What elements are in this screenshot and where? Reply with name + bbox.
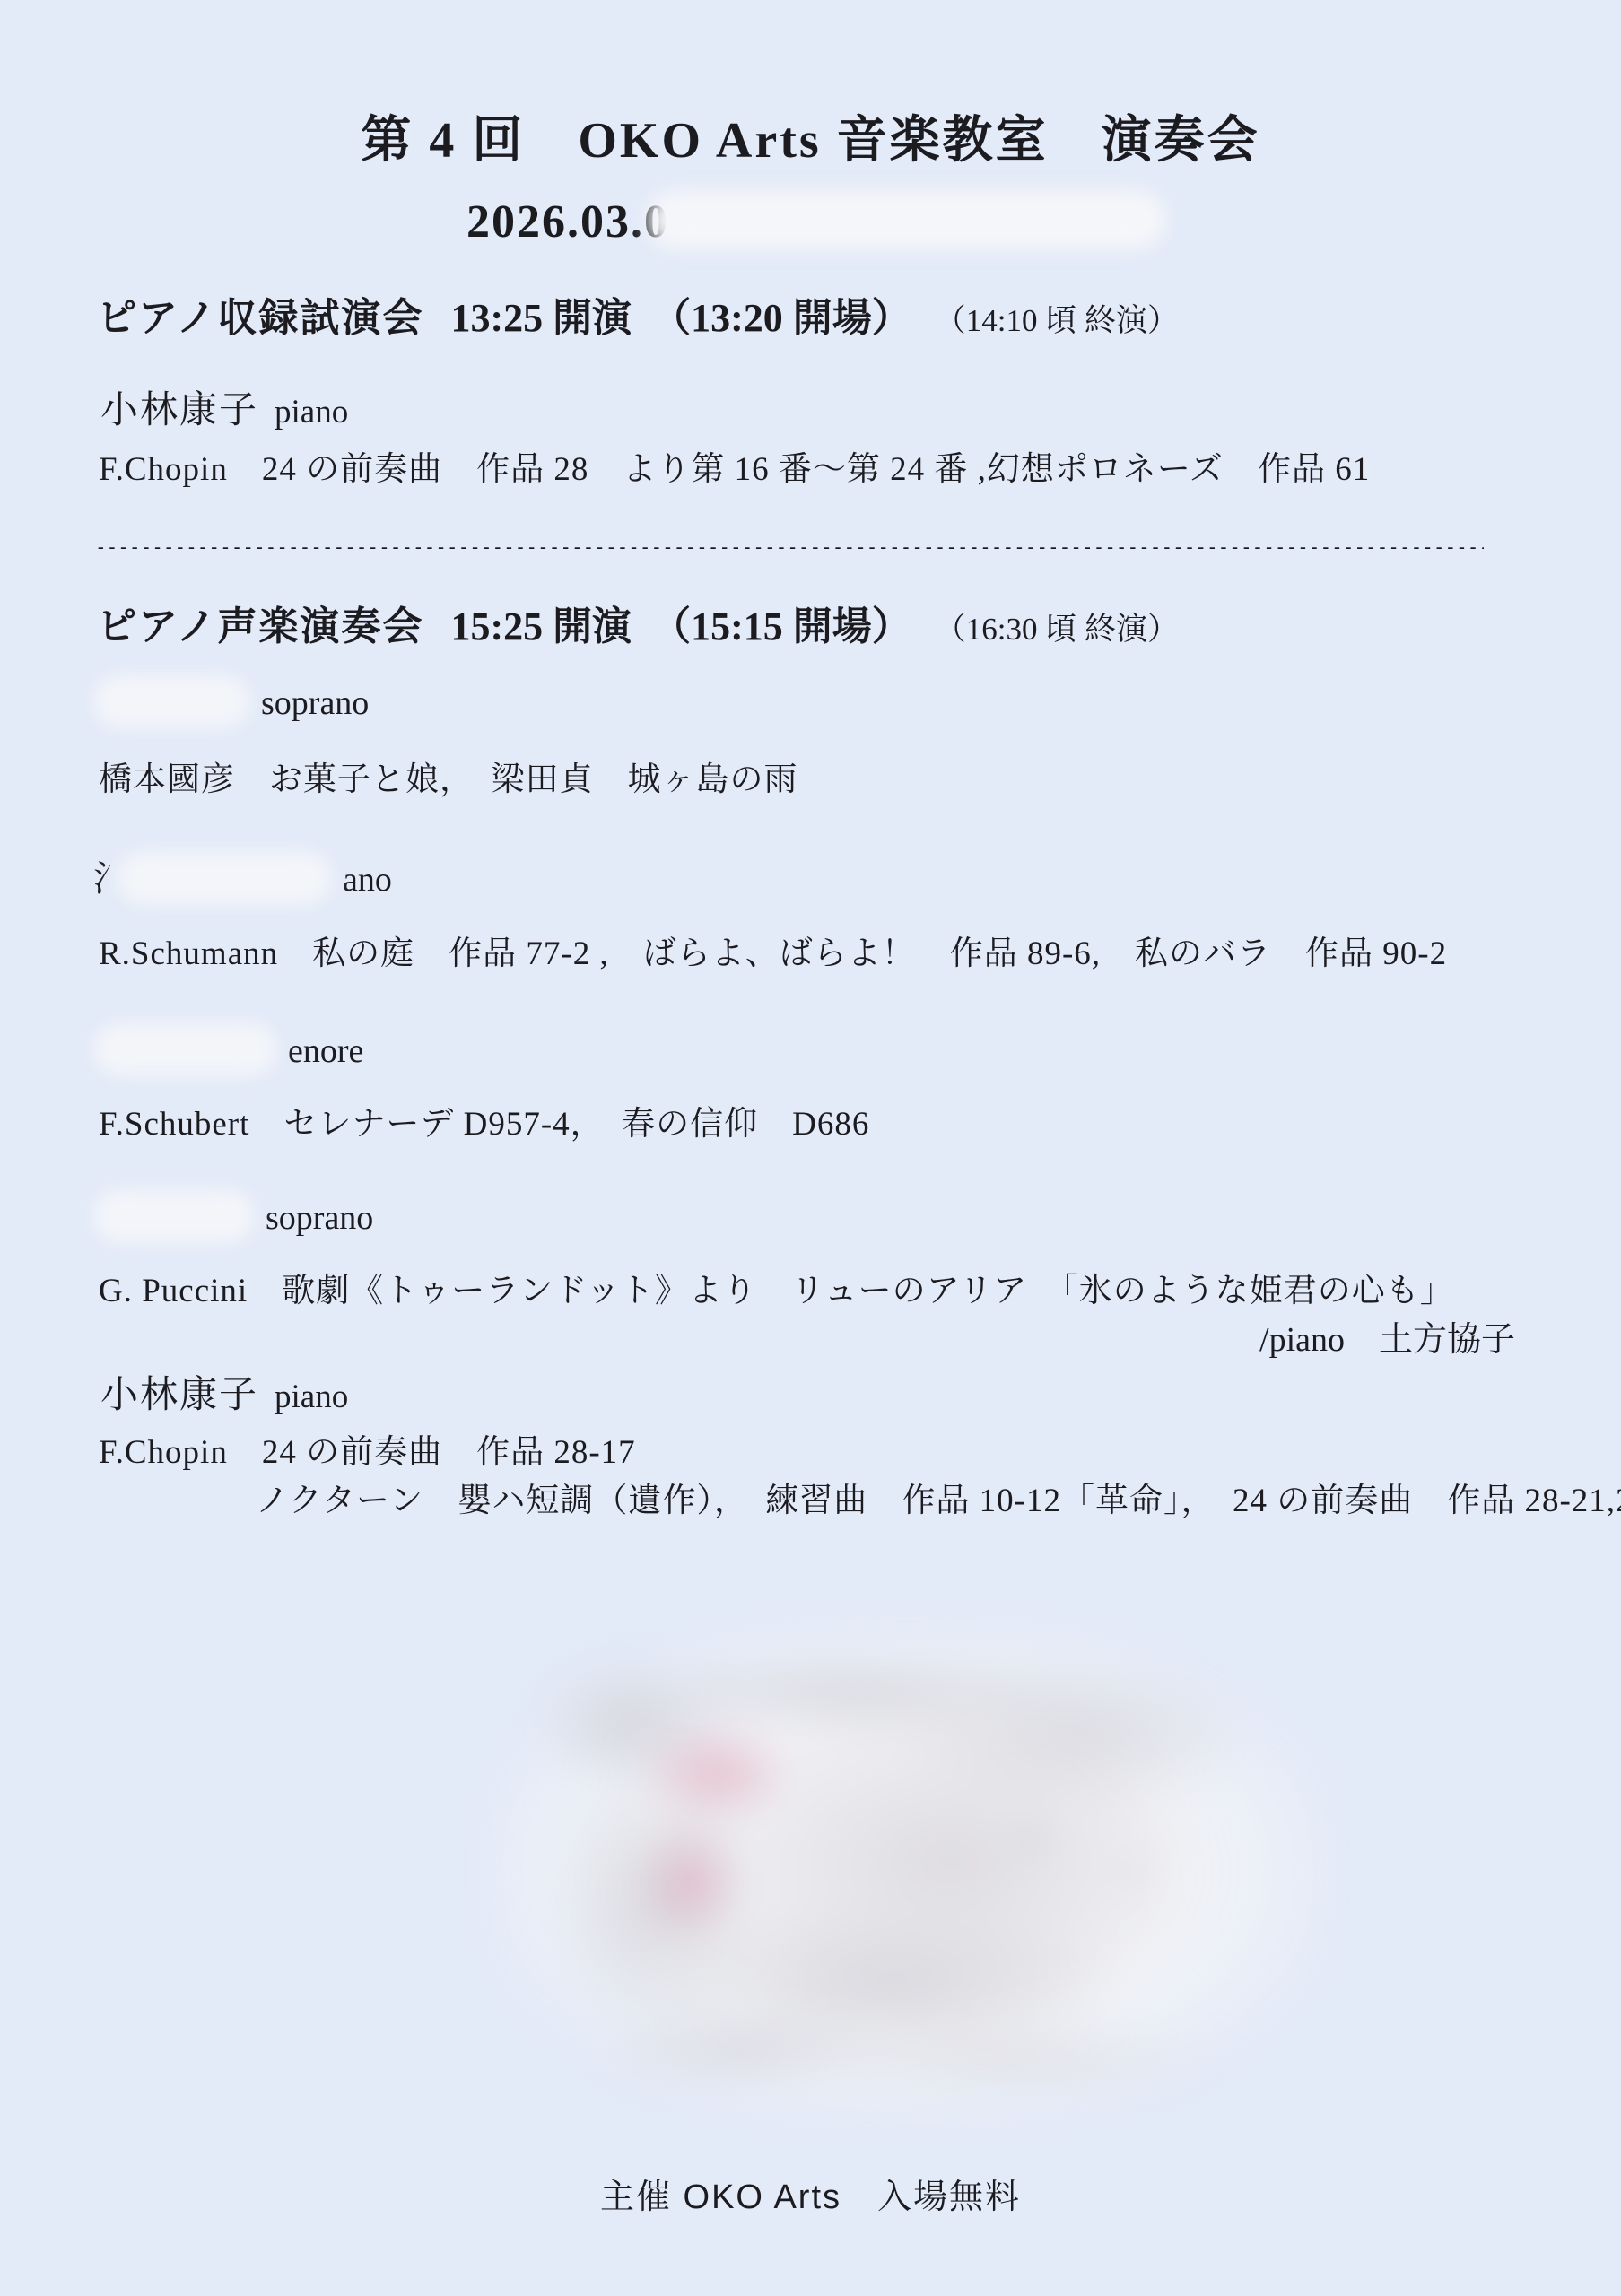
section-piano-recording-heading: ピアノ収録試演会 13:25 開演 （13:20 開場） （14:10 頃 終演… <box>97 285 1179 343</box>
performer-role: piano <box>275 394 348 430</box>
section1-title: ピアノ収録試演会 <box>97 296 423 340</box>
performer-soprano-1: soprano <box>93 674 369 728</box>
performer-kobayashi-2: 小林康子 piano <box>100 1365 348 1419</box>
performer-role: soprano <box>266 1199 373 1237</box>
name-redaction-blur <box>93 1189 255 1243</box>
page-title: 第 4 回 OKO Arts 音楽教室 演奏会 <box>0 100 1621 172</box>
dashed-divider: ----------------------------------------… <box>95 536 1484 567</box>
concert-program-page: 第 4 回 OKO Arts 音楽教室 演奏会 2026.03.0 ピアノ収録試… <box>0 0 1621 2296</box>
concert-date: 2026.03.0 <box>466 190 1166 249</box>
performer-role: enore <box>288 1032 363 1070</box>
program-schumann: R.Schumann 私の庭 作品 77-2 , ばらよ、ばらよ！ 作品 89-… <box>99 926 1447 974</box>
program-puccini: G. Puccini 歌劇《トゥーランドット》より リューのアリア 「氷のような… <box>99 1263 1454 1311</box>
performer-name: 小林康子 <box>100 1373 258 1415</box>
performer-soprano-4: soprano <box>93 1189 373 1243</box>
name-redaction-blur <box>93 674 250 728</box>
performer-tenore-3: enore <box>93 1022 363 1076</box>
date-visible-text: 2026.03. <box>466 196 644 248</box>
performer-name: 小林康子 <box>100 388 258 430</box>
section1-end-note: （14:10 頃 終演） <box>935 303 1179 338</box>
performer-role: ano <box>343 861 392 899</box>
section2-times: 15:25 開演 （15:15 開場） <box>450 604 911 648</box>
date-redaction-blur <box>646 190 1166 249</box>
program-schubert: F.Schubert セレナーデ D957-4， 春の信仰 D686 <box>99 1096 869 1144</box>
program-hashimoto-yanada: 橋本國彦 お菓子と娘， 梁田貞 城ヶ島の雨 <box>99 752 798 800</box>
section2-end-note: （16:30 頃 終演） <box>935 612 1179 647</box>
program-chopin-preludes: F.Chopin 24 の前奏曲 作品 28 より第 16 番〜第 24 番 ,… <box>99 441 1370 490</box>
program-chopin-nocturne-etude: ノクターン 嬰ハ短調（遺作）， 練習曲 作品 10-12「革命」， 24 の前奏… <box>256 1473 1621 1521</box>
performer-kobayashi-1: 小林康子 piano <box>100 380 348 434</box>
name-redaction-blur <box>93 1022 277 1076</box>
program-chopin-28-17: F.Chopin 24 の前奏曲 作品 28-17 <box>99 1424 636 1473</box>
performer-piano-2: 氵ano <box>93 850 392 905</box>
performer-role: soprano <box>261 684 369 722</box>
redacted-image-blur <box>489 1625 1328 2118</box>
accompanist-credit: /piano 土方協子 <box>0 1311 1621 1361</box>
section2-title: ピアノ声楽演奏会 <box>97 604 423 648</box>
name-redaction-blur <box>117 851 332 905</box>
section-piano-vocal-heading: ピアノ声楽演奏会 15:25 開演 （15:15 開場） （16:30 頃 終演… <box>97 594 1179 651</box>
section1-times: 13:25 開演 （13:20 開場） <box>450 296 911 340</box>
footer-organizer: 主催 OKO Arts 入場無料 <box>0 2169 1621 2218</box>
performer-role: piano <box>275 1378 348 1415</box>
